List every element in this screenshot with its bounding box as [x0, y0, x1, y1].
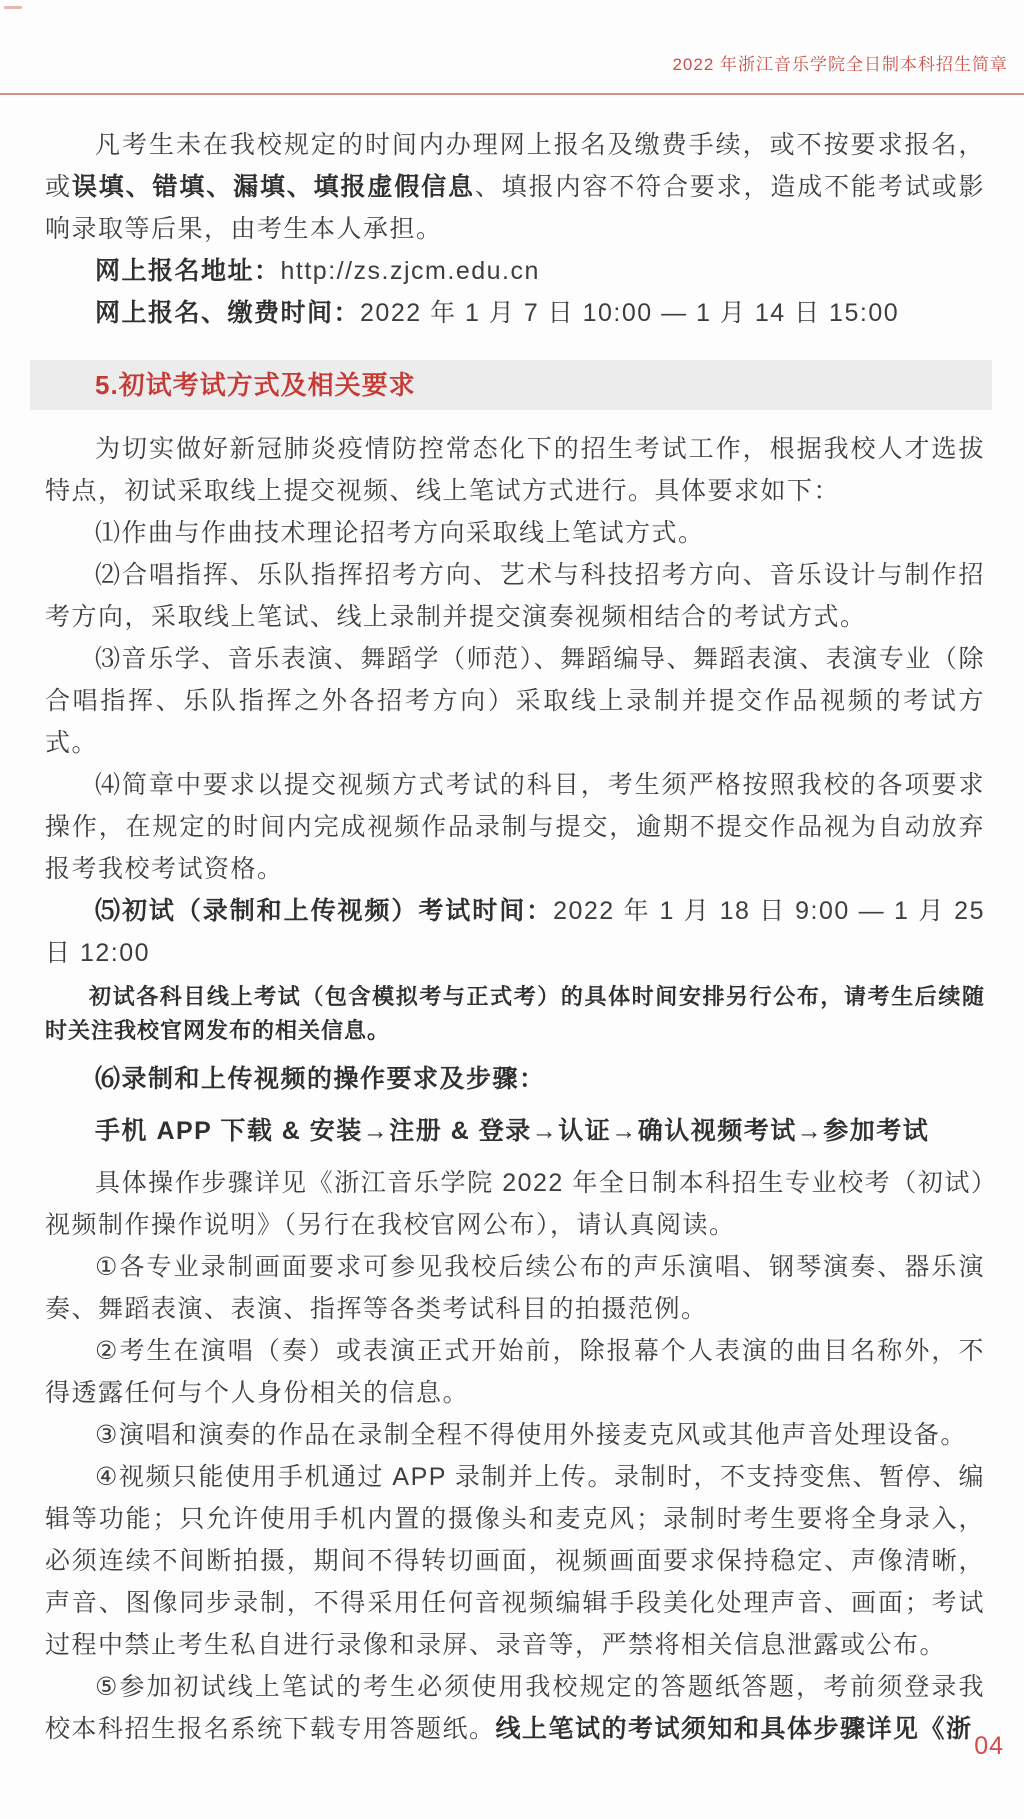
text-segment: 网上报名、缴费时间： — [95, 299, 360, 327]
text-segment: ⑹录制和上传视频的操作要求及步骤： — [95, 1065, 546, 1093]
text-segment: ⑷简章中要求以提交视频方式考试的科目，考生须严格按照我校的各项要求操作，在规定的… — [45, 771, 985, 883]
paragraph: 初试各科目线上考试（包含模拟考与正式考）的具体时间安排另行公布，请考生后续随时关… — [45, 980, 985, 1048]
text-segment: ⑴作曲与作曲技术理论招考方向采取线上笔试方式。 — [95, 519, 705, 547]
paragraph: ②考生在演唱（奏）或表演正式开始前，除报幕个人表演的曲目名称外，不得透露任何与个… — [45, 1330, 985, 1414]
text-segment: ④视频只能使用手机通过 APP 录制并上传。录制时，不支持变焦、暂停、编辑等功能… — [45, 1463, 985, 1659]
text-segment: ⑸初试（录制和上传视频）考试时间： — [95, 897, 553, 925]
paragraph: 凡考生未在我校规定的时间内办理网上报名及缴费手续，或不按要求报名，或误填、错填、… — [45, 124, 985, 250]
page-number: 04 — [974, 1732, 1004, 1761]
text-segment: 为切实做好新冠肺炎疫情防控常态化下的招生考试工作，根据我校人才选拔特点，初试采取… — [45, 435, 985, 505]
text-segment: 具体操作步骤详见《浙江音乐学院 2022 年全日制本科招生专业校考（初试）视频制… — [45, 1169, 985, 1239]
text-segment: 初试各科目线上考试（包含模拟考与正式考）的具体时间安排另行公布，请考生后续随时关… — [45, 984, 985, 1043]
paragraph: 手机 APP 下载 & 安装→注册 & 登录→认证→确认视频考试→参加考试 — [45, 1110, 985, 1152]
text-segment: 线上笔试的考试须知和具体步骤详见《浙 — [496, 1715, 973, 1743]
paragraph: 网上报名、缴费时间：2022 年 1 月 7 日 10:00 — 1 月 14 … — [45, 292, 985, 334]
signup-url: http://zs.zjcm.edu.cn — [281, 257, 540, 285]
header-title: 2022 年浙江音乐学院全日制本科招生简章 — [0, 50, 1008, 75]
text-segment: ⑵合唱指挥、乐队指挥招考方向、艺术与科技招考方向、音乐设计与制作招考方向，采取线… — [45, 561, 985, 631]
page-header: 2022 年浙江音乐学院全日制本科招生简章 — [0, 50, 1008, 75]
text-segment: 网上报名地址： — [95, 257, 281, 285]
paragraph: ⑷简章中要求以提交视频方式考试的科目，考生须严格按照我校的各项要求操作，在规定的… — [45, 764, 985, 890]
text-segment: ②考生在演唱（奏）或表演正式开始前，除报幕个人表演的曲目名称外，不得透露任何与个… — [45, 1337, 985, 1407]
corner-mark — [4, 6, 22, 9]
document-body: 凡考生未在我校规定的时间内办理网上报名及缴费手续，或不按要求报名，或误填、错填、… — [45, 124, 985, 1750]
paragraph: ④视频只能使用手机通过 APP 录制并上传。录制时，不支持变焦、暂停、编辑等功能… — [45, 1456, 985, 1666]
paragraph: ⑶音乐学、音乐表演、舞蹈学（师范）、舞蹈编导、舞蹈表演、表演专业（除合唱指挥、乐… — [45, 638, 985, 764]
signup-time: 2022 年 1 月 7 日 10:00 — 1 月 14 日 15:00 — [360, 299, 899, 327]
text-segment: ①各专业录制画面要求可参见我校后续公布的声乐演唱、钢琴演奏、器乐演奏、舞蹈表演、… — [45, 1253, 985, 1323]
paragraph: 为切实做好新冠肺炎疫情防控常态化下的招生考试工作，根据我校人才选拔特点，初试采取… — [45, 428, 985, 512]
paragraph: ⑴作曲与作曲技术理论招考方向采取线上笔试方式。 — [45, 512, 985, 554]
header-rule — [0, 93, 1024, 95]
paragraph: ①各专业录制画面要求可参见我校后续公布的声乐演唱、钢琴演奏、器乐演奏、舞蹈表演、… — [45, 1246, 985, 1330]
text-segment: ③演唱和演奏的作品在录制全程不得使用外接麦克风或其他声音处理设备。 — [95, 1421, 967, 1449]
paragraph: ⑸初试（录制和上传视频）考试时间：2022 年 1 月 18 日 9:00 — … — [45, 890, 985, 974]
paragraph: ⑤参加初试线上笔试的考生必须使用我校规定的答题纸答题，考前须登录我校本科招生报名… — [45, 1666, 985, 1750]
paragraph: ③演唱和演奏的作品在录制全程不得使用外接麦克风或其他声音处理设备。 — [45, 1414, 985, 1456]
app-steps: 手机 APP 下载 & 安装→注册 & 登录→认证→确认视频考试→参加考试 — [95, 1117, 929, 1145]
paragraph: ⑹录制和上传视频的操作要求及步骤： — [45, 1058, 985, 1100]
paragraph: ⑵合唱指挥、乐队指挥招考方向、艺术与科技招考方向、音乐设计与制作招考方向，采取线… — [45, 554, 985, 638]
section-heading-label: 5.初试考试方式及相关要求 — [95, 370, 416, 400]
section-heading: 5.初试考试方式及相关要求 — [30, 360, 992, 410]
text-segment: ⑶音乐学、音乐表演、舞蹈学（师范）、舞蹈编导、舞蹈表演、表演专业（除合唱指挥、乐… — [45, 645, 985, 757]
document-page: 2022 年浙江音乐学院全日制本科招生简章 凡考生未在我校规定的时间内办理网上报… — [0, 0, 1024, 1819]
text-segment: 误填、错填、漏填、填报虚假信息 — [72, 173, 475, 201]
paragraph: 具体操作步骤详见《浙江音乐学院 2022 年全日制本科招生专业校考（初试）视频制… — [45, 1162, 985, 1246]
paragraph: 网上报名地址：http://zs.zjcm.edu.cn — [45, 250, 985, 292]
